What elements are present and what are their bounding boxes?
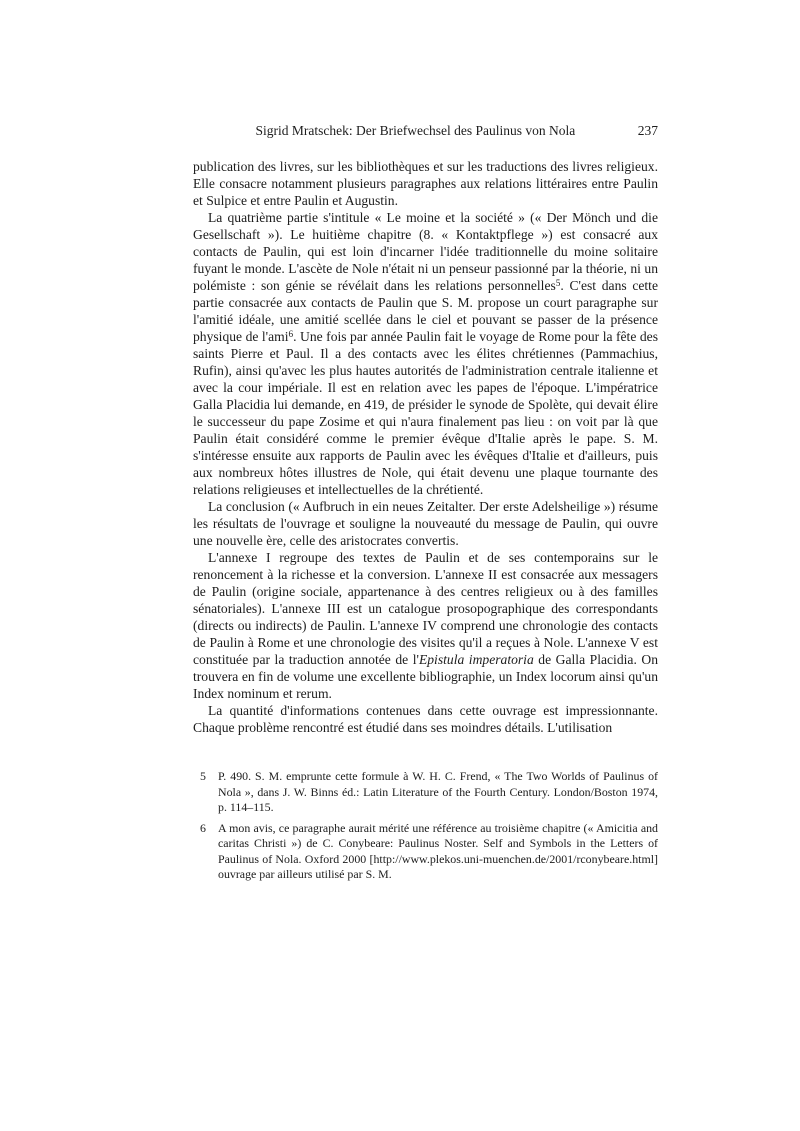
text-run: P. 490. S. M. emprunte cette formule à W… [218,769,658,814]
page-content: Sigrid Mratschek: Der Briefwechsel des P… [193,122,658,888]
footnote-number: 6 [193,821,218,883]
running-header: Sigrid Mratschek: Der Briefwechsel des P… [193,122,658,139]
text-run: La conclusion (« Aufbruch in ein neues Z… [193,499,658,548]
article-body: publication des livres, sur les biblioth… [193,158,658,736]
paragraph: publication des livres, sur les biblioth… [193,158,658,209]
footnote: 5P. 490. S. M. emprunte cette formule à … [193,769,658,816]
text-run: publication des livres, sur les biblioth… [193,159,658,208]
page-sheet: Sigrid Mratschek: Der Briefwechsel des P… [0,0,800,1131]
footnote-section: 5P. 490. S. M. emprunte cette formule à … [193,769,658,883]
paragraph: La quantité d'informations contenues dan… [193,702,658,736]
running-header-title: Sigrid Mratschek: Der Briefwechsel des P… [193,122,638,139]
text-run: . Une fois par année Paulin fait le voya… [193,329,658,497]
text-run: A mon avis, ce paragraphe aurait mérité … [218,821,658,882]
paragraph: La conclusion (« Aufbruch in ein neues Z… [193,498,658,549]
paragraph: L'annexe I regroupe des textes de Paulin… [193,549,658,702]
footnote-text: P. 490. S. M. emprunte cette formule à W… [218,769,658,816]
footnote-text: A mon avis, ce paragraphe aurait mérité … [218,821,658,883]
footnote-number: 5 [193,769,218,816]
page-number: 237 [638,122,658,139]
italic-text: Epistula imperatoria [419,652,534,667]
text-run: L'annexe I regroupe des textes de Paulin… [193,550,658,667]
paragraph: La quatrième partie s'intitule « Le moin… [193,209,658,498]
text-run: La quantité d'informations contenues dan… [193,703,658,735]
footnote: 6A mon avis, ce paragraphe aurait mérité… [193,821,658,883]
